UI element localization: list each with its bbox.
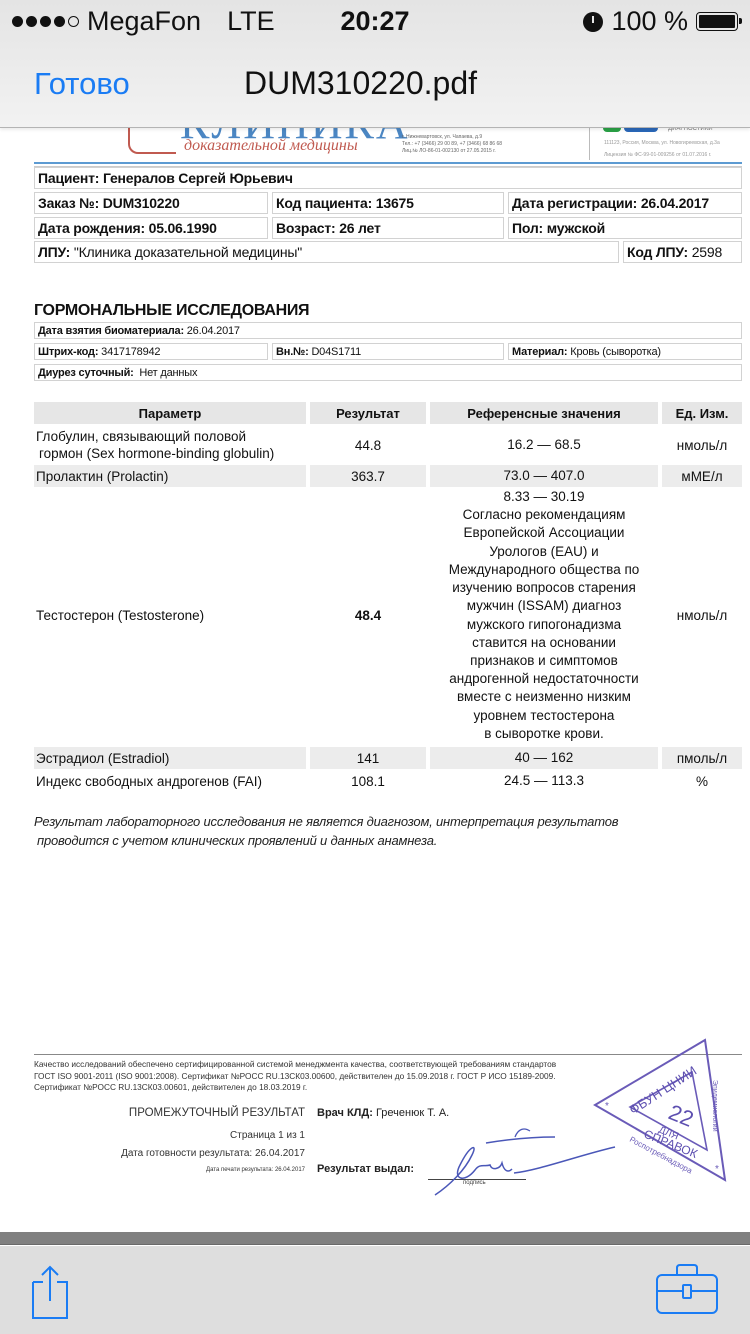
signal-dot [68, 16, 79, 27]
quality-certification: Качество исследований обеспечено сертифи… [34, 1059, 654, 1094]
row-result: 108.1 [310, 770, 426, 792]
status-bar: MegaFon LTE 20:27 100 % [0, 0, 750, 40]
diuresis-label: Диурез суточный: [38, 367, 134, 379]
parameter-line: гормон (Sex hormone-binding globulin) [36, 445, 274, 462]
row-parameter: Глобулин, связывающий половой гормон (Se… [34, 427, 306, 463]
patient-code-label: Код пациента: [276, 195, 372, 211]
disclaimer: Результат лабораторного исследования не … [34, 812, 694, 850]
material-value: Кровь (сыворотка) [570, 346, 661, 358]
certification-stamp: ФБУН ЦНИИ 22 ДЛЯ СПРАВОК Роспотребнадзор… [585, 1035, 750, 1195]
clinic-phone: Тел.: +7 (3466) 29 00 89, +7 (3466) 68 8… [402, 141, 512, 148]
signal-dot [12, 16, 23, 27]
order-label: Заказ №: [38, 195, 99, 211]
age-value: 26 лет [339, 220, 380, 236]
clinic-license: Лиц.№ ЛО-86-01-002130 от 27.05.2015 г. [402, 148, 512, 155]
internal-number-label: Вн.№: [276, 346, 309, 358]
row-unit: нмоль/л [662, 487, 742, 744]
network-type: LTE [227, 6, 275, 37]
reference-line: ставится на основании [472, 634, 616, 652]
reference-line: 8.33 — 30.19 [503, 488, 584, 506]
stamp-number: 22 [665, 1099, 697, 1131]
internal-number-field: Вн.№: D04S1711 [272, 343, 504, 360]
partner-license: Лицензия № ФС-99-01-009256 от 01.07.2016… [604, 152, 711, 158]
column-header-unit: Ед. Изм. [662, 402, 742, 424]
disclaimer-line: проводится с учетом клинических проявлен… [34, 831, 694, 850]
stamp-side-text: Эпидемиологии [711, 1080, 718, 1132]
table-row: Тестостерон (Testosterone) 48.4 8.33 — 3… [34, 487, 742, 744]
carrier-name: MegaFon [87, 6, 201, 37]
alarm-clock-icon [583, 12, 603, 32]
table-row: Пролактин (Prolactin) 363.7 73.0 — 407.0… [34, 465, 742, 487]
pdf-document-view[interactable]: КЛИНИКА доказательной медицины г. Нижнев… [0, 0, 750, 1232]
birth-date-label: Дата рождения: [38, 220, 145, 236]
table-row: Индекс свободных андрогенов (FAI) 108.1 … [34, 770, 742, 792]
row-parameter: Тестостерон (Testosterone) [34, 487, 306, 744]
interim-result-label: ПРОМЕЖУТОЧНЫЙ РЕЗУЛЬТАТ [129, 1107, 305, 1119]
reference-line: изучению вопросов старения [452, 579, 636, 597]
sex-label: Пол: [512, 220, 543, 236]
patient-name-field: Пациент: Генералов Сергей Юрьевич [34, 167, 742, 189]
row-reference: 73.0 — 407.0 [430, 465, 658, 487]
barcode-label: Штрих-код: [38, 346, 98, 358]
diuresis-field: Диурез суточный: Нет данных [34, 364, 742, 381]
column-header-parameter: Параметр [34, 402, 306, 424]
document-title: DUM310220.pdf [244, 65, 477, 102]
nav-bar: Готово DUM310220.pdf [0, 60, 750, 110]
age-label: Возраст: [276, 220, 335, 236]
print-date: Дата печати результата: 26.04.2017 [206, 1167, 305, 1173]
navigation-header: MegaFon LTE 20:27 100 % Готово DUM310220… [0, 0, 750, 128]
reference-line: мужчин (ISSAM) диагноз [467, 597, 622, 615]
sex-field: Пол: мужской [508, 217, 742, 239]
disclaimer-line: Результат лабораторного исследования не … [34, 812, 694, 831]
clinic-logo-subtitle: доказательной медицины [184, 137, 358, 155]
age-field: Возраст: 26 лет [272, 217, 504, 239]
battery-icon [696, 12, 738, 31]
row-unit: нмоль/л [662, 427, 742, 463]
lpu-code-field: Код ЛПУ: 2598 [623, 241, 742, 263]
row-unit: мМЕ/л [662, 465, 742, 487]
material-field: Материал: Кровь (сыворотка) [508, 343, 742, 360]
partner-address: 111123, Россия, Москва, ул. Новогиреевск… [604, 140, 720, 146]
cert-line: Качество исследований обеспечено сертифи… [34, 1059, 654, 1071]
section-title: ГОРМОНАЛЬНЫЕ ИССЛЕДОВАНИЯ [34, 302, 309, 320]
battery-percent: 100 % [611, 6, 688, 37]
clinic-address: г. Нижневартовск, ул. Чапаева, д.9 Тел.:… [402, 134, 512, 155]
registration-date-value: 26.04.2017 [641, 195, 709, 211]
row-unit: % [662, 770, 742, 792]
doctor-field: Врач КЛД: Греченюк Т. А. [317, 1107, 449, 1119]
column-header-reference: Референсные значения [430, 402, 658, 424]
birth-date-field: Дата рождения: 05.06.1990 [34, 217, 268, 239]
clinic-address-line: г. Нижневартовск, ул. Чапаева, д.9 [402, 134, 512, 141]
reference-line: Урологов (EAU) и [489, 543, 598, 561]
row-reference: 16.2 — 68.5 [430, 427, 658, 463]
toolbox-icon [656, 1264, 718, 1316]
svg-text:*: * [715, 1164, 719, 1175]
done-button[interactable]: Готово [34, 66, 130, 102]
order-number-field: Заказ №: DUM310220 [34, 192, 268, 214]
issued-by-label: Результат выдал: [317, 1163, 414, 1175]
reference-line: вместе с неизменно низким [457, 688, 631, 706]
row-result: 141 [310, 747, 426, 769]
diuresis-value: Нет данных [139, 367, 197, 379]
lpu-value: "Клиника доказательной медицины" [74, 244, 302, 260]
svg-text:*: * [605, 1101, 609, 1112]
signal-dot [54, 16, 65, 27]
signal-dot [26, 16, 37, 27]
sample-date-field: Дата взятия биоматериала: 26.04.2017 [34, 322, 742, 339]
sex-value: мужской [547, 220, 605, 236]
row-result: 48.4 [310, 487, 426, 744]
doctor-label: Врач КЛД: [317, 1107, 373, 1119]
reference-line: признаков и симптомов [470, 652, 618, 670]
ready-date: Дата готовности результата: 26.04.2017 [121, 1148, 305, 1159]
cert-line: ГОСТ ISO 9001-2011 (ISO 9001:2008). Серт… [34, 1071, 654, 1083]
row-parameter: Пролактин (Prolactin) [34, 465, 306, 487]
cert-line: Сертификат №РОСС RU.13СК03.00601, действ… [34, 1082, 654, 1094]
row-parameter: Индекс свободных андрогенов (FAI) [34, 770, 306, 792]
signal-strength-icon [12, 16, 79, 27]
column-header-result: Результат [310, 402, 426, 424]
barcode-value: 3417178942 [101, 346, 160, 358]
sample-date-value: 26.04.2017 [187, 325, 240, 337]
birth-date-value: 05.06.1990 [149, 220, 217, 236]
reference-line: Европейской Ассоциации [464, 524, 625, 542]
lpu-code-label: Код ЛПУ: [627, 244, 688, 260]
parameter-line: Глобулин, связывающий половой [36, 428, 246, 445]
registration-date-label: Дата регистрации: [512, 195, 637, 211]
barcode-field: Штрих-код: 3417178942 [34, 343, 268, 360]
patient-value: Генералов Сергей Юрьевич [103, 170, 293, 186]
patient-label: Пациент: [38, 170, 99, 186]
bottom-toolbar [0, 1246, 750, 1334]
lpu-code-value: 2598 [692, 244, 722, 260]
reference-line: мужского гипогонадизма [467, 616, 621, 634]
row-reference: 40 — 162 [430, 747, 658, 769]
internal-number-value: D04S1711 [311, 346, 361, 358]
row-parameter: Эстрадиол (Estradiol) [34, 747, 306, 769]
doctor-value: Греченюк Т. А. [376, 1107, 449, 1119]
patient-code-value: 13675 [376, 195, 414, 211]
table-row: Эстрадиол (Estradiol) 141 40 — 162 пмоль… [34, 747, 742, 769]
row-unit: пмоль/л [662, 747, 742, 769]
registration-date-field: Дата регистрации: 26.04.2017 [508, 192, 742, 214]
lpu-field: ЛПУ: "Клиника доказательной медицины" [34, 241, 619, 263]
sample-date-label: Дата взятия биоматериала: [38, 325, 184, 337]
share-icon [30, 1264, 70, 1320]
reference-line: андрогенной недостаточности [449, 670, 638, 688]
material-label: Материал: [512, 346, 567, 358]
lpu-label: ЛПУ: [38, 244, 70, 260]
tools-button[interactable] [656, 1264, 718, 1321]
order-value: DUM310220 [103, 195, 180, 211]
table-row: Глобулин, связывающий половой гормон (Se… [34, 427, 742, 463]
reference-line: уровнем тестостерона [474, 707, 615, 725]
page-boundary [0, 1232, 750, 1245]
share-button[interactable] [30, 1264, 70, 1325]
reference-line: Согласно рекомендациям [463, 506, 626, 524]
row-reference: 8.33 — 30.19Согласно рекомендациямЕвропе… [430, 487, 658, 744]
header-rule [34, 162, 742, 164]
row-reference: 24.5 — 113.3 [430, 770, 658, 792]
reference-line: в сыворотке крови. [484, 725, 604, 743]
row-result: 44.8 [310, 427, 426, 463]
reference-line: Международного общества по [449, 561, 640, 579]
patient-code-field: Код пациента: 13675 [272, 192, 504, 214]
signal-dot [40, 16, 51, 27]
row-result: 363.7 [310, 465, 426, 487]
page-number: Страница 1 из 1 [230, 1130, 305, 1141]
